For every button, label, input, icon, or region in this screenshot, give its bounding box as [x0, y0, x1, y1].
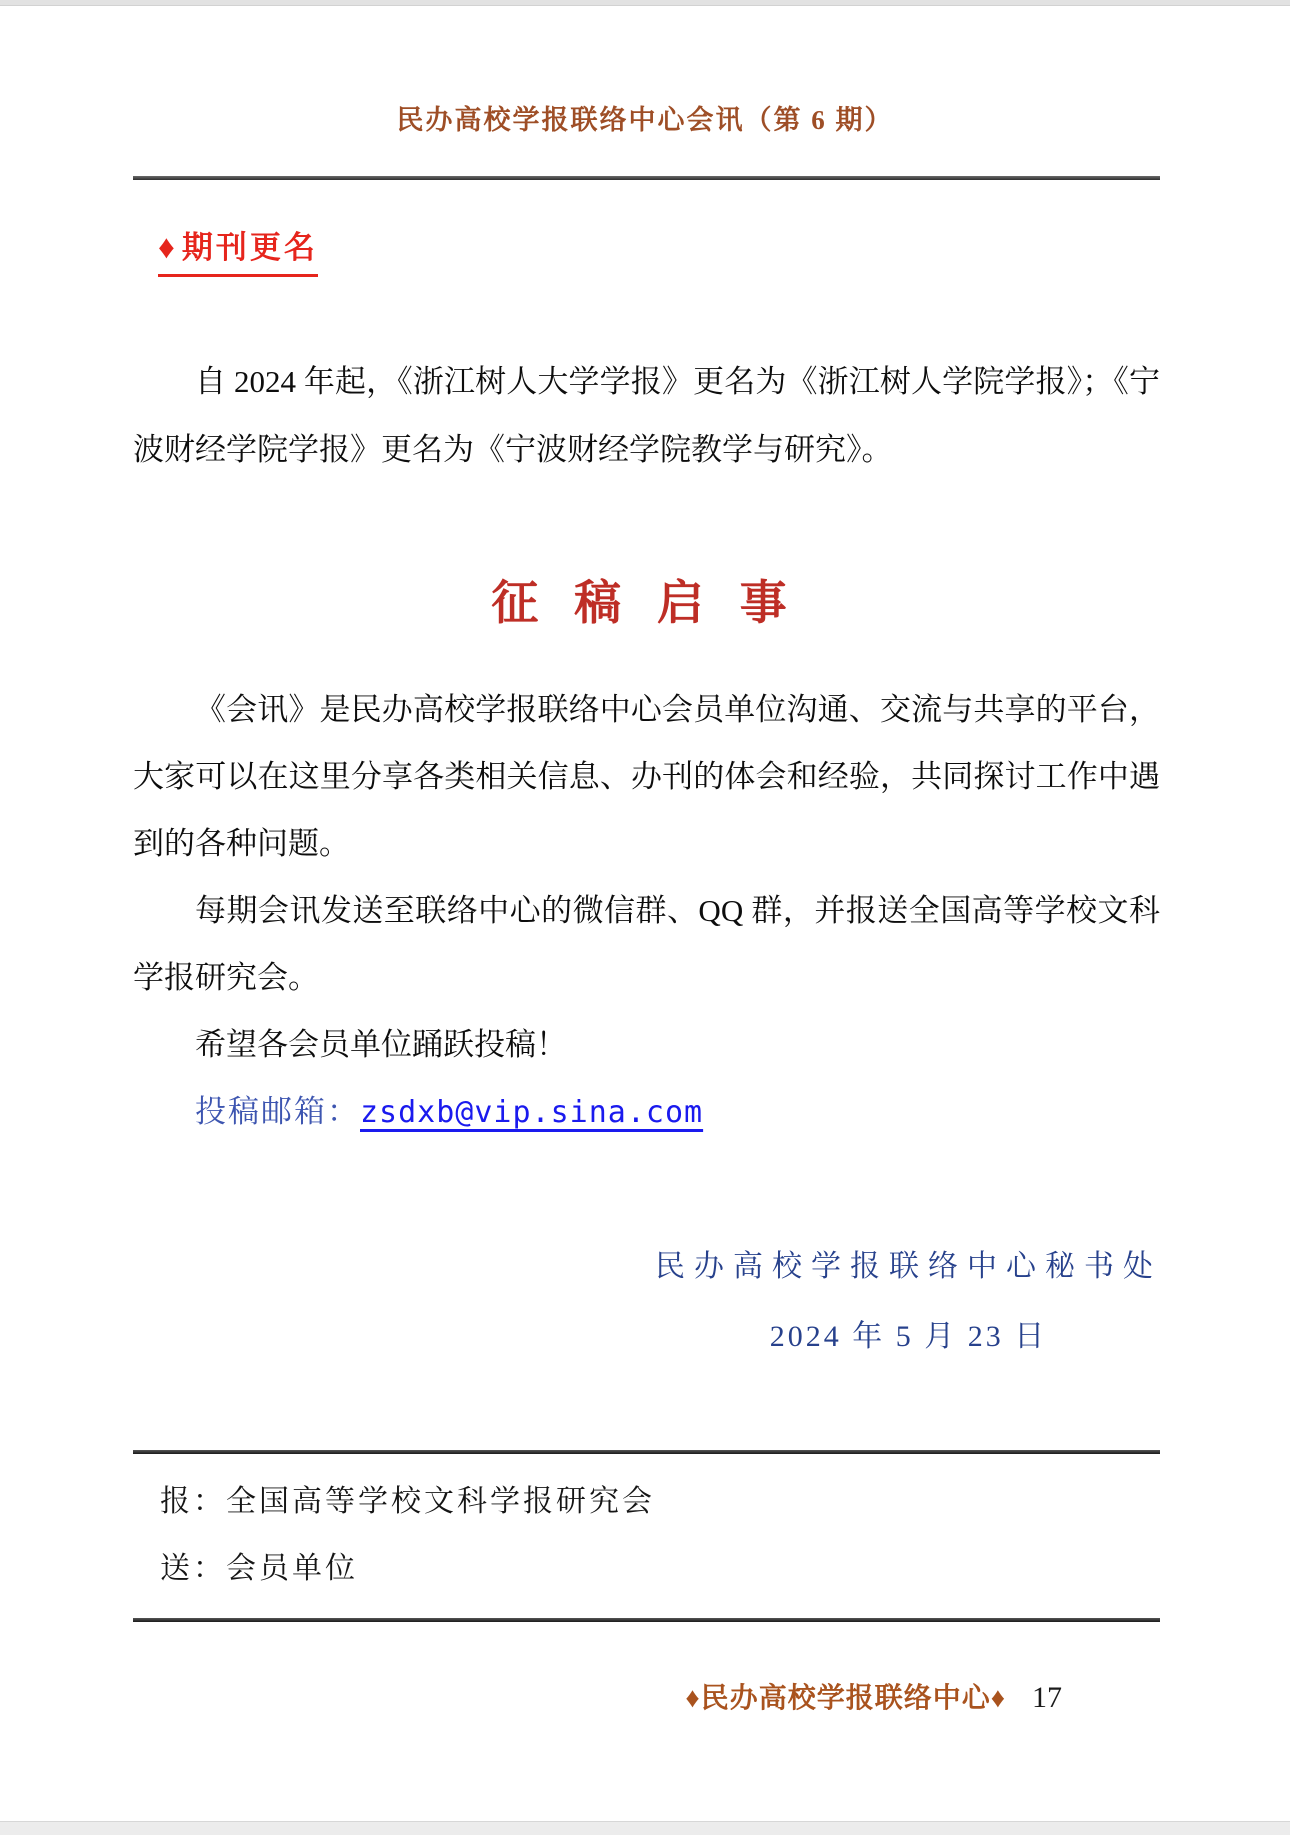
- email-label: 投稿邮箱：: [195, 1094, 360, 1129]
- section-heading-text: 期刊更名: [182, 230, 318, 265]
- report-line: 报：全国高等学校文科学报研究会: [160, 1468, 655, 1535]
- header-rule: [133, 176, 1160, 180]
- signature-org: 民办高校学报联络中心秘书处: [655, 1232, 1162, 1302]
- page-header-title: 民办高校学报联络中心会讯（第 6 期）: [0, 98, 1290, 137]
- page-edge-top: [0, 0, 1290, 6]
- divider-top: [133, 1450, 1160, 1454]
- page-number: 17: [1032, 1681, 1062, 1714]
- divider-bottom: [133, 1618, 1160, 1622]
- notice-paragraph-1: 《会讯》是民办高校学报联络中心会员单位沟通、交流与共享的平台，大家可以在这里分享…: [133, 676, 1160, 877]
- notice-paragraph-2: 每期会讯发送至联络中心的微信群、QQ 群，并报送全国高等学校文科学报研究会。: [133, 877, 1160, 1011]
- email-link[interactable]: zsdxb@vip.sina.com: [360, 1095, 703, 1130]
- send-line: 送：会员单位: [160, 1535, 655, 1602]
- document-page: 民办高校学报联络中心会讯（第 6 期） ♦期刊更名 自 2024 年起，《浙江树…: [0, 0, 1290, 1835]
- notice-paragraph-3: 希望各会员单位踊跃投稿！: [133, 1011, 1160, 1078]
- email-line: 投稿邮箱：zsdxb@vip.sina.com: [133, 1078, 1160, 1146]
- distribution-block: 报：全国高等学校文科学报研究会 送：会员单位: [160, 1468, 655, 1602]
- section-heading-journal-rename: ♦期刊更名: [158, 222, 318, 277]
- footer-label: ♦民办高校学报联络中心♦: [685, 1683, 1006, 1714]
- notice-body: 《会讯》是民办高校学报联络中心会员单位沟通、交流与共享的平台，大家可以在这里分享…: [133, 676, 1160, 1146]
- diamond-icon: ♦: [158, 230, 178, 266]
- page-edge-bottom: [0, 1821, 1290, 1835]
- rename-paragraph: 自 2024 年起，《浙江树人大学学报》更名为《浙江树人学院学报》；《宁波财经学…: [133, 348, 1160, 484]
- notice-title: 征 稿 启 事: [0, 566, 1290, 633]
- page-footer: ♦民办高校学报联络中心♦17: [0, 1676, 1062, 1716]
- signature-date: 2024 年 5 月 23 日: [655, 1302, 1162, 1372]
- signature-block: 民办高校学报联络中心秘书处 2024 年 5 月 23 日: [655, 1232, 1162, 1372]
